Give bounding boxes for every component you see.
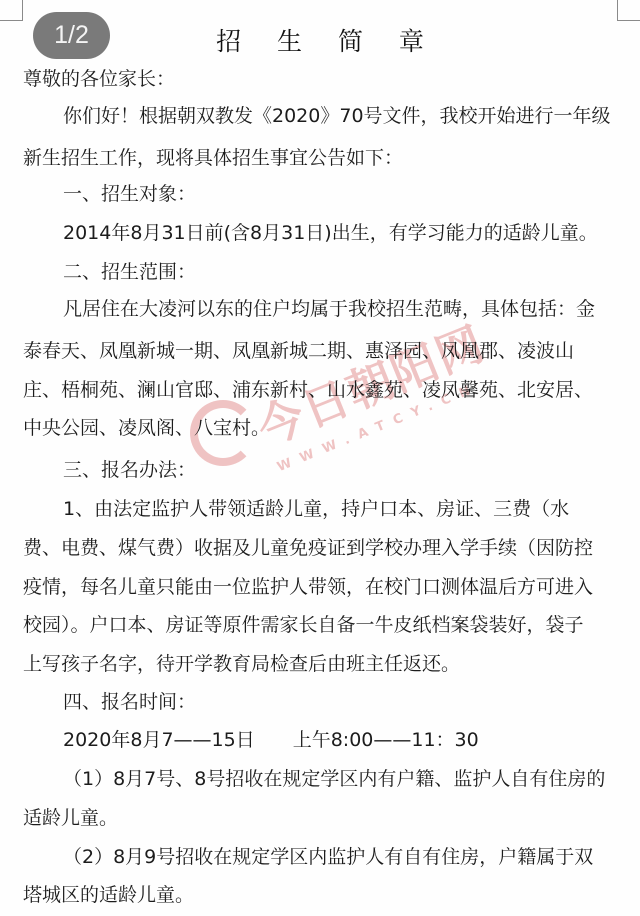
paragraph-line: 费、电费、煤气费）收据及儿童免疫证到学校办理入学手续（因防控 — [23, 536, 593, 560]
salutation: 尊敬的各位家长： — [23, 67, 175, 91]
section-heading: 三、报名办法： — [63, 458, 196, 482]
paragraph-line: 你们好！根据朝双教发《2020》70号文件，我校开始进行一年级 — [63, 104, 611, 128]
paragraph-line: （1）8月7号、8号招收在规定学区内有户籍、监护人自有住房的 — [63, 767, 605, 791]
paragraph-line: （2）8月9号招收在规定学区内监护人有自有住房，户籍属于双 — [63, 845, 593, 869]
document-page: 今日朝阳网 WWW.ATCY.CN 1/2 招 生 简 章 尊敬的各位家长： 你… — [0, 0, 640, 916]
paragraph-line: 1、由法定监护人带领适龄儿童，持户口本、房证、三费（水 — [63, 497, 569, 521]
paragraph-line: 适龄儿童。 — [23, 806, 118, 830]
paragraph-line: 泰春天、凤凰新城一期、凤凰新城二期、惠泽园、凤凰郡、凌波山 — [23, 339, 574, 363]
section-heading: 一、招生对象： — [63, 182, 196, 206]
document-title: 招 生 简 章 — [0, 22, 640, 58]
paragraph-line: 新生招生工作，现将具体招生事宜公告如下： — [23, 146, 403, 170]
paragraph-line: 2014年8月31日前(含8月31日)出生，有学习能力的适龄儿童。 — [63, 221, 598, 245]
paragraph-line: 校园）。户口本、房证等原件需家长自备一牛皮纸档案袋装好，袋子 — [23, 613, 584, 637]
paragraph-line: 凡居住在大凌河以东的住户均属于我校招生范畴，具体包括：金 — [63, 297, 595, 321]
paragraph-line: 中央公园、凌凤阁、八宝村。 — [23, 416, 270, 440]
crop-mark-top-right — [617, 0, 640, 21]
paragraph-line: 庄、梧桐苑、澜山官邸、浦东新村、山水鑫苑、凌凤馨苑、北安居、 — [23, 378, 593, 402]
paragraph-line: 疫情，每名儿童只能由一位监护人带领，在校门口测体温后方可进入 — [23, 575, 593, 599]
crop-mark-top-left — [0, 0, 23, 21]
paragraph-line: 上写孩子名字，待开学教育局检查后由班主任返还。 — [23, 652, 460, 676]
paragraph-line: 2020年8月7——15日 上午8:00——11：30 — [63, 728, 479, 752]
section-heading: 四、报名时间： — [63, 690, 196, 714]
paragraph-line: 塔城区的适龄儿童。 — [23, 883, 194, 907]
section-heading: 二、招生范围： — [63, 260, 196, 284]
